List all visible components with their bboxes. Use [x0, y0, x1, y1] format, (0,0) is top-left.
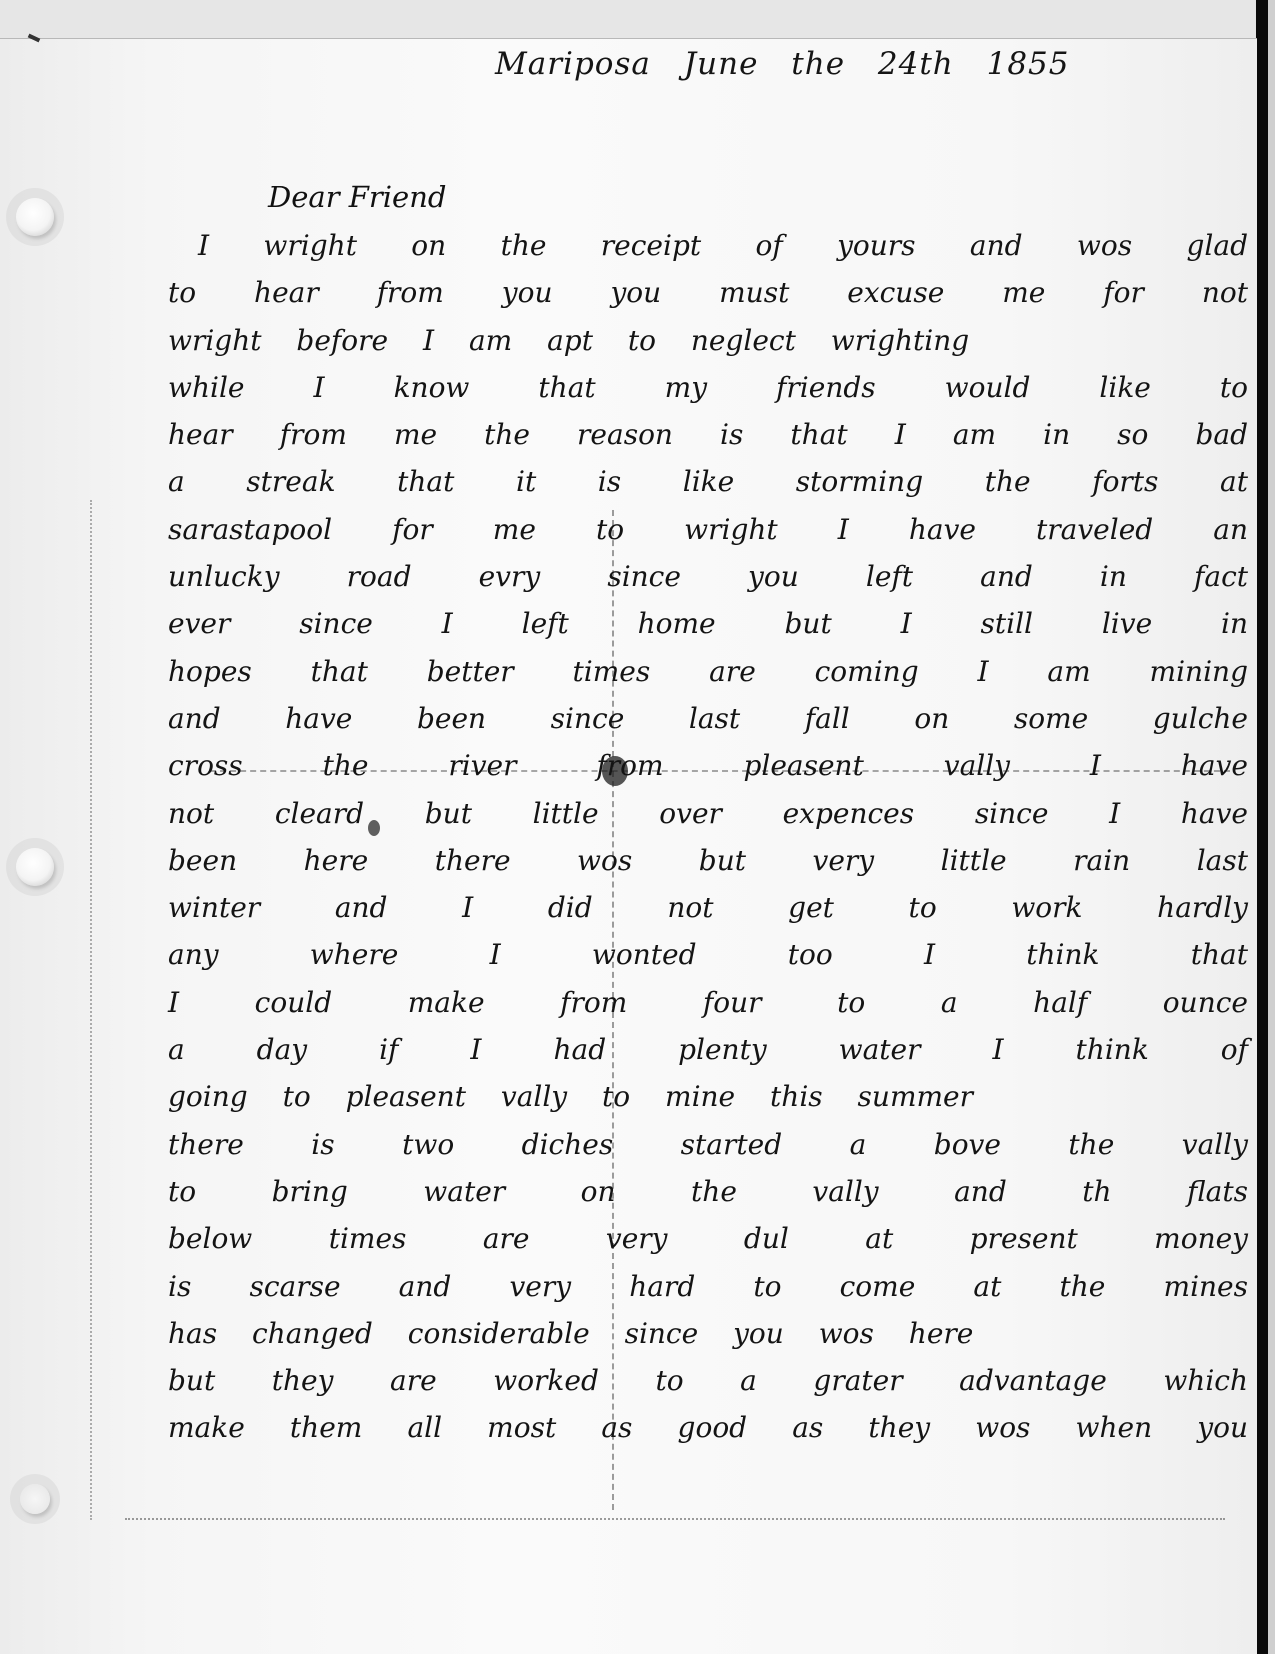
binder-hole-middle	[16, 848, 54, 886]
letter-line: hopes that better times are coming I am …	[168, 648, 1248, 695]
letter-line: make them all most as good as they wos w…	[168, 1404, 1248, 1451]
letter-line: hear from me the reason is that I am in …	[168, 411, 1248, 458]
fold-crease-left	[90, 500, 92, 1520]
letter-line: going to pleasent vally to mine this sum…	[168, 1073, 1248, 1120]
letter-line: been here there wos but very little rain…	[168, 837, 1248, 884]
letter-line: is scarse and very hard to come at the m…	[168, 1263, 1248, 1310]
letter-line: to bring water on the vally and th flats	[168, 1168, 1248, 1215]
letter-line: I wright on the receipt of yours and wos…	[168, 222, 1248, 269]
scanner-edge	[1268, 0, 1275, 1654]
letter-line: not cleard but little over expences sinc…	[168, 790, 1248, 837]
letter-body: I wright on the receipt of yours and wos…	[168, 222, 1248, 1452]
letter-line: a streak that it is like storming the fo…	[168, 458, 1248, 505]
letter-line: and have been since last fall on some gu…	[168, 695, 1248, 742]
letter-salutation: Dear Friend	[268, 180, 446, 214]
binder-hole-bottom	[20, 1484, 50, 1514]
letter-line: ever since I left home but I still live …	[168, 600, 1248, 647]
letter-line: unlucky road evry since you left and in …	[168, 553, 1248, 600]
letter-line: but they are worked to a grater advantag…	[168, 1357, 1248, 1404]
scanner-edge-shadow	[1256, 0, 1268, 1654]
scanner-top-strip	[0, 0, 1255, 38]
letter-line: winter and I did not get to work hardly	[168, 884, 1248, 931]
letter-line: I could make from four to a half ounce	[168, 979, 1248, 1026]
letter-line: has changed considerable since you wos h…	[168, 1310, 1248, 1357]
letter-line: cross the river from pleasent vally I ha…	[168, 742, 1248, 789]
binder-hole-top	[16, 198, 54, 236]
letter-line: sarastapool for me to wright I have trav…	[168, 506, 1248, 553]
letter-line: wright before I am apt to neglect wright…	[168, 317, 1248, 364]
letter-line: any where I wonted too I think that	[168, 931, 1248, 978]
letter-line: there is two diches started a bove the v…	[168, 1121, 1248, 1168]
fold-crease-bottom	[125, 1518, 1225, 1520]
letter-dateline: Mariposa June the 24th 1855	[495, 46, 1070, 82]
letter-line: to hear from you you must excuse me for …	[168, 269, 1248, 316]
letter-line: while I know that my friends would like …	[168, 364, 1248, 411]
letter-line: below times are very dul at present mone…	[168, 1215, 1248, 1262]
letter-line: a day if I had plenty water I think of	[168, 1026, 1248, 1073]
